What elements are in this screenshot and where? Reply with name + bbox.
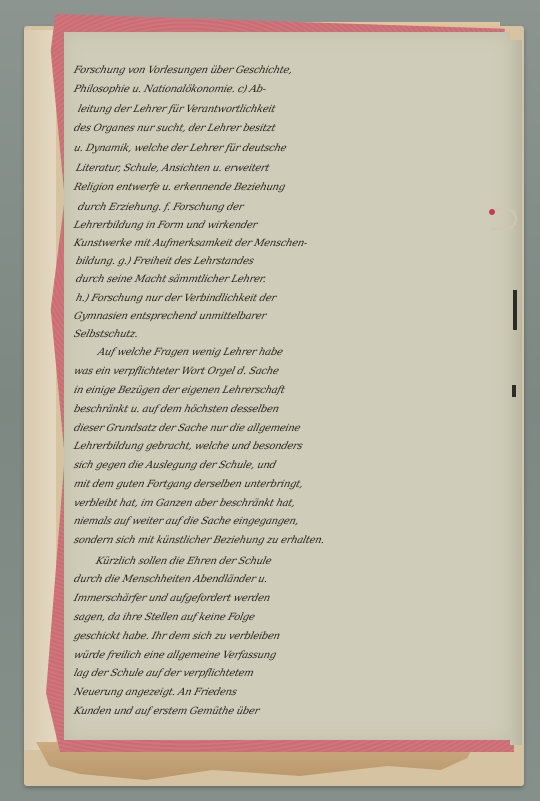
manuscript-line: Selbstschutz.	[73, 329, 139, 340]
manuscript-line: durch seine Macht sämmtlicher Lehrer.	[75, 274, 268, 285]
manuscript-line: in einige Bezügen der eigenen Lehrerscha…	[73, 385, 286, 396]
manuscript-line: sondern sich mit künstlicher Beziehung z…	[73, 535, 326, 546]
manuscript-line: was ein verpflichteter Wort Orgel d. Sac…	[73, 366, 280, 377]
manuscript-line: Kürzlich sollen die Ehren der Schule	[95, 556, 273, 567]
manuscript-line: h.) Forschung nur der Verbindlichkeit de…	[75, 293, 277, 304]
manuscript-line: lag der Schule auf der verpflichtetem	[73, 668, 255, 679]
manuscript-line: leitung der Lehrer für Verantwortlichkei…	[77, 104, 277, 115]
edge-tear	[513, 290, 517, 330]
manuscript-line: bildung. g.) Freiheit des Lehrstandes	[75, 256, 255, 267]
manuscript-line: Lehrerbildung gebracht, welche und beson…	[73, 441, 304, 452]
manuscript-line: Kunstwerke mit Aufmerksamkeit der Mensch…	[73, 238, 309, 249]
manuscript-line: Lehrerbildung in Form und wirkender	[73, 220, 259, 231]
binding-knot	[489, 209, 495, 215]
manuscript-line: Kunden und auf erstem Gemüthe über	[73, 706, 261, 717]
manuscript-line: durch die Menschheiten Abendländer u.	[73, 574, 269, 585]
manuscript-line: sagen, da ihre Stellen auf keine Folge	[73, 612, 256, 623]
manuscript-line: Neuerung angezeigt. An Friedens	[73, 687, 238, 698]
manuscript-line: Immerschärfer und aufgefordert werden	[73, 593, 271, 604]
manuscript-line: u. Dynamik, welche der Lehrer für deutsc…	[73, 143, 288, 154]
manuscript-line: Religion entwerfe u. erkennende Beziehun…	[73, 182, 287, 193]
manuscript-line: Literatur, Schule, Ansichten u. erweiter…	[75, 163, 271, 174]
manuscript-line: Philosophie u. Nationalökonomie. c) Ab-	[73, 84, 267, 95]
manuscript-line: Gymnasien entsprechend unmittelbarer	[73, 311, 267, 322]
manuscript-line: des Organes nur sucht, der Lehrer besitz…	[73, 123, 277, 134]
manuscript-line: beschränkt u. auf dem höchsten desselben	[73, 404, 280, 415]
manuscript-line: geschickt habe. Ihr dem sich zu verbleib…	[73, 631, 281, 642]
manuscript-line: niemals auf weiter auf die Sache eingega…	[73, 516, 300, 527]
manuscript-line: Forschung von Vorlesungen über Geschicht…	[73, 65, 294, 76]
manuscript-line: dieser Grundsatz der Sache nur die allge…	[73, 423, 302, 434]
edge-tear	[512, 385, 516, 397]
manuscript-line: würde freilich eine allgemeine Verfassun…	[73, 650, 278, 661]
manuscript-line: mit dem guten Fortgang derselben unterbr…	[73, 479, 304, 490]
manuscript-line: Auf welche Fragen wenig Lehrer habe	[97, 347, 284, 358]
manuscript-line: verbleibt hat, im Ganzen aber beschränkt…	[73, 498, 297, 509]
manuscript-line: sich gegen die Auslegung der Schule, und	[73, 460, 277, 471]
manuscript-line: durch Erziehung. f. Forschung der	[77, 202, 245, 213]
